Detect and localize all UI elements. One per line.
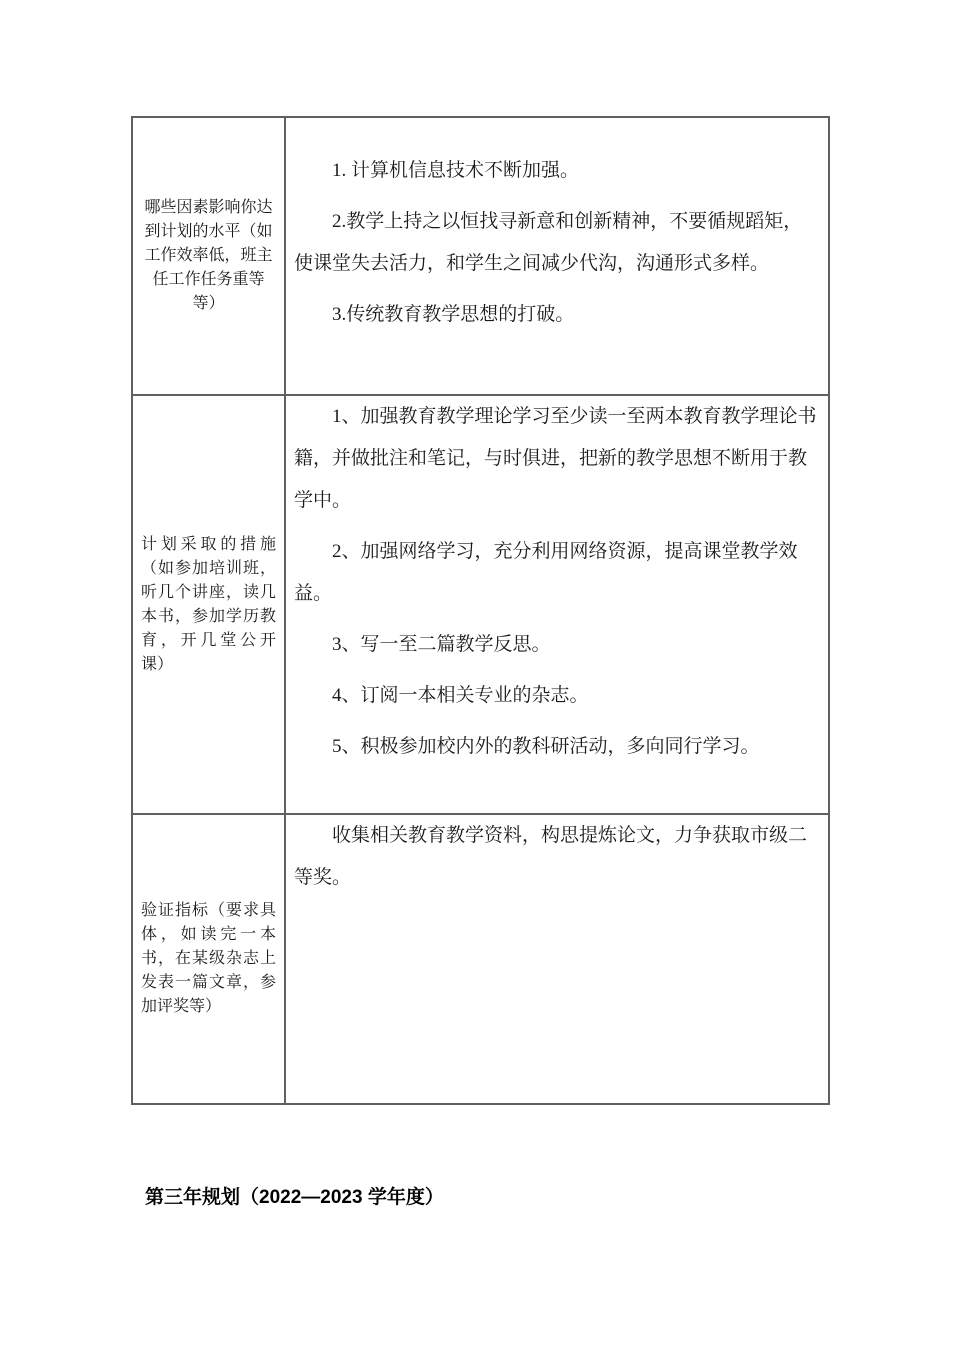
table-row-planned-measures: 计划采取的措施（如参加培训班，听几个讲座，读几本书，参加学历教育，开几堂公开课）…	[132, 395, 829, 814]
row-content-planned-measures: 1、加强教育教学理论学习至少读一至两本教育教学理论书籍，并做批注和笔记，与时俱进…	[285, 395, 829, 814]
plan-paragraph: 4、订阅一本相关专业的杂志。	[294, 675, 818, 717]
plan-table: 哪些因素影响你达到计划的水平（如工作效率低，班主任工作任务重等等） 1. 计算机…	[131, 116, 830, 1105]
plan-paragraph: 收集相关教育教学资料，构思提炼论文，力争获取市级二等奖。	[294, 815, 818, 899]
plan-paragraph: 1. 计算机信息技术不断加强。	[294, 150, 818, 192]
row-label-planned-measures: 计划采取的措施（如参加培训班，听几个讲座，读几本书，参加学历教育，开几堂公开课）	[132, 395, 285, 814]
plan-paragraph: 2.教学上持之以恒找寻新意和创新精神，不要循规蹈矩，使课堂失去活力，和学生之间减…	[294, 201, 818, 285]
section-heading-third-year-plan: 第三年规划（2022—2023 学年度）	[145, 1186, 444, 1210]
plan-paragraph: 5、积极参加校内外的教科研活动，多向同行学习。	[294, 726, 818, 768]
plan-paragraph: 1、加强教育教学理论学习至少读一至两本教育教学理论书籍，并做批注和笔记，与时俱进…	[294, 396, 818, 522]
table-row-verification-indicators: 验证指标（要求具体，如读完一本书，在某级杂志上发表一篇文章，参加评奖等） 收集相…	[132, 814, 829, 1104]
plan-paragraph: 3、写一至二篇教学反思。	[294, 624, 818, 666]
row-content-verification-indicators: 收集相关教育教学资料，构思提炼论文，力争获取市级二等奖。	[285, 814, 829, 1104]
plan-paragraph: 3.传统教育教学思想的打破。	[294, 294, 818, 336]
row-content-influencing-factors: 1. 计算机信息技术不断加强。 2.教学上持之以恒找寻新意和创新精神，不要循规蹈…	[285, 117, 829, 395]
row-label-verification-indicators: 验证指标（要求具体，如读完一本书，在某级杂志上发表一篇文章，参加评奖等）	[132, 814, 285, 1104]
row-label-influencing-factors: 哪些因素影响你达到计划的水平（如工作效率低，班主任工作任务重等等）	[132, 117, 285, 395]
table-row-influencing-factors: 哪些因素影响你达到计划的水平（如工作效率低，班主任工作任务重等等） 1. 计算机…	[132, 117, 829, 395]
plan-paragraph: 2、加强网络学习，充分利用网络资源，提高课堂教学效益。	[294, 531, 818, 615]
